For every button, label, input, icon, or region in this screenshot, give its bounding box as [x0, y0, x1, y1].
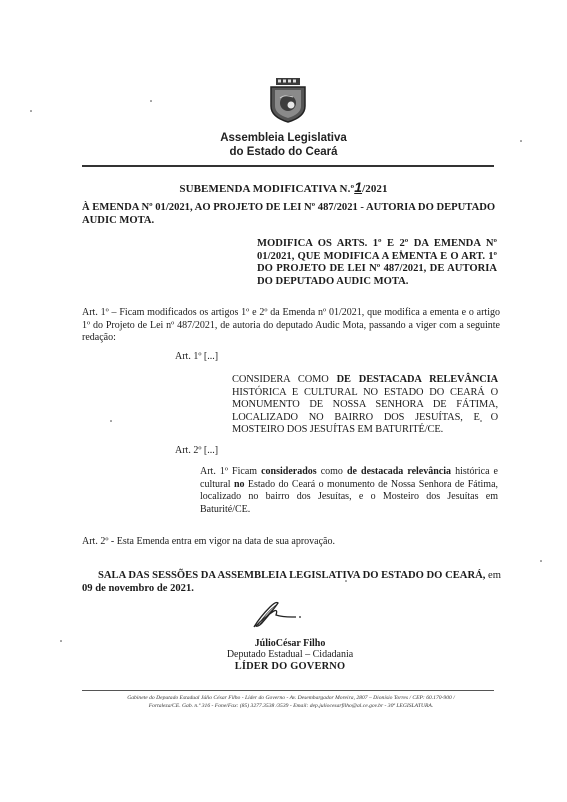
quote2-t2: como	[317, 466, 347, 477]
closing-em: em	[485, 570, 501, 581]
article-1: Art. 1º – Ficam modificados os artigos 1…	[82, 307, 500, 345]
footer-address: Gabinete do Deputado Estadual Júlio Césa…	[76, 695, 506, 710]
document-title: SUBEMENDA MODIFICATIVA N.º1/2021	[0, 179, 567, 195]
ementa: À EMENDA Nº 01/2021, AO PROJETO DE LEI N…	[82, 202, 502, 227]
closing-date: 09 de novembro de 2021.	[82, 583, 194, 594]
article-2-reference: Art. 2º [...]	[175, 445, 218, 456]
organization-state: do Estado do Ceará	[0, 145, 567, 159]
header-divider	[82, 165, 494, 167]
title-suffix: /2021	[362, 183, 388, 195]
footer-line-1: Gabinete do Deputado Estadual Júlio Césa…	[76, 695, 506, 703]
quote2-b2: de destacada relevância	[347, 466, 451, 477]
coat-of-arms-icon	[263, 76, 313, 124]
signer-name: JúlioCésar Filho	[0, 638, 567, 650]
quote2-b1: considerados	[261, 466, 317, 477]
article-1-reference: Art. 1º [...]	[175, 351, 218, 362]
quote2-t4: Estado do Ceará o monumento de Nossa Sen…	[200, 479, 498, 515]
title-prefix: SUBEMENDA MODIFICATIVA N.º	[179, 183, 354, 195]
article-2: Art. 2º - Esta Emenda entra em vigor na …	[82, 536, 335, 547]
quote1-text-end: HISTÓRICA E CULTURAL NO ESTADO DO CEARÁ …	[232, 387, 498, 436]
closing-sala: SALA DAS SESSÕES DA ASSEMBLEIA LEGISLATI…	[98, 570, 485, 581]
footer-line-2: Fortaleza/CE. Gab. n.º 316 - Fone/Fax: (…	[76, 703, 506, 711]
quoted-article-1: CONSIDERA COMO DE DESTACADA RELEVÂNCIA H…	[232, 374, 498, 437]
quote2-b3: no	[234, 479, 245, 490]
resumo: MODIFICA OS ARTS. 1º E 2º DA EMENDA Nº 0…	[257, 238, 497, 288]
quote1-text-start: CONSIDERA COMO	[232, 374, 337, 385]
quote2-t1: Art. 1º Ficam	[200, 466, 261, 477]
footer-divider	[82, 690, 494, 691]
quote1-bold: DE DESTACADA RELEVÂNCIA	[337, 374, 498, 385]
signer-role: Deputado Estadual – Cidadania	[0, 649, 567, 661]
quoted-article-2: Art. 1º Ficam considerados como de desta…	[200, 466, 498, 516]
signer-title: LÍDER DO GOVERNO	[0, 661, 567, 673]
organization-name: Assembleia Legislativa	[0, 131, 567, 145]
closing-statement: SALA DAS SESSÕES DA ASSEMBLEIA LEGISLATI…	[82, 570, 507, 595]
signature-icon	[248, 597, 328, 629]
title-number: 1	[354, 179, 362, 195]
